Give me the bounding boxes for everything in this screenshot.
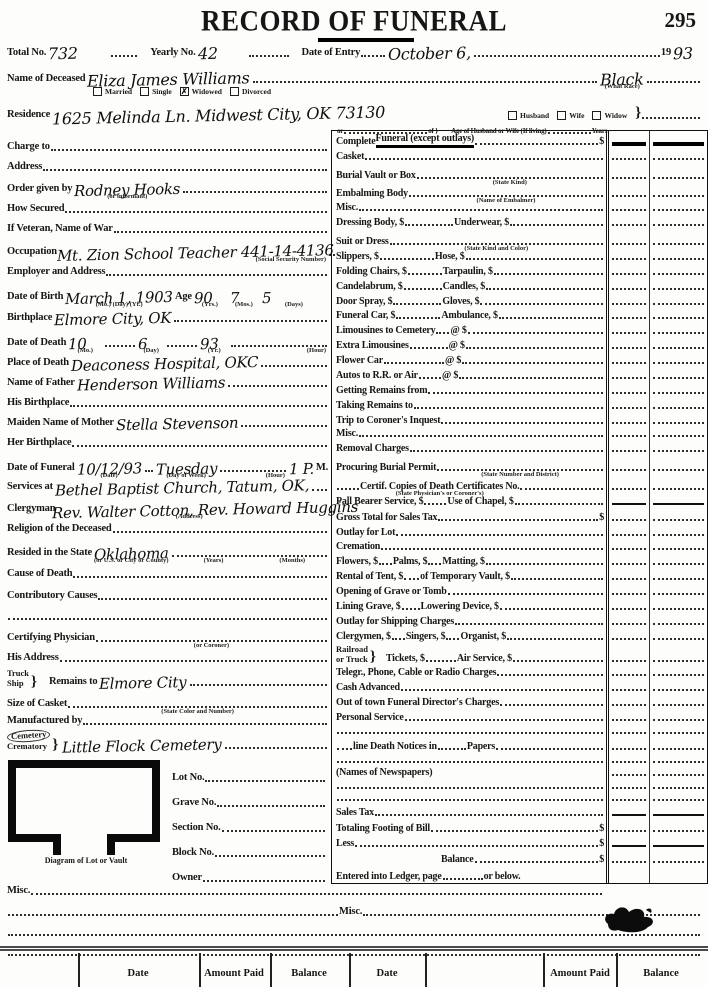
lbl-seg: $ — [599, 823, 604, 835]
dots-seg — [473, 47, 661, 60]
row-coroners-inquest: Trip to Coroner's Inquest — [332, 412, 707, 427]
dots-seg — [7, 906, 339, 919]
dots-seg — [189, 669, 328, 689]
scr-seg: 90(Yrs.) — [192, 292, 228, 304]
row-slippers: Slippers, $Hose, $ — [332, 248, 707, 263]
dots-seg — [547, 128, 592, 137]
dots-seg — [496, 667, 604, 679]
dotted-leader — [225, 747, 327, 749]
row-date-of-funeral: Date of Funeral10/12/93(Date)Tuesday(Day… — [5, 450, 330, 475]
scr-seg: 1625 Melinda Ln. Midwest City, OK 73130 — [50, 109, 508, 122]
handwritten-value: Henderson Williams — [77, 377, 225, 393]
lbl-seg: Removal Charges — [336, 443, 409, 455]
dotted-leader — [217, 805, 325, 807]
dots-seg — [113, 223, 328, 236]
lbl-seg: @ $ — [445, 355, 461, 367]
row-text: Name of DeceasedEliza James WilliamsBlac… — [5, 73, 703, 86]
amount-cell-1 — [606, 737, 649, 753]
row-address: Address — [5, 154, 330, 174]
dotted-leader — [111, 55, 137, 57]
handwritten-value: 42 — [197, 47, 217, 61]
lbl-seg: Lowering Device, $ — [421, 601, 499, 613]
dotted-leader — [486, 288, 603, 290]
amount-cell-1 — [606, 182, 649, 201]
row-text: How Secured — [5, 203, 330, 216]
scr-seg: Tuesday(Day of Week) — [154, 463, 219, 475]
amount-cell-2 — [649, 766, 707, 779]
scr-seg: Henderson Williams — [75, 378, 227, 390]
row-text: Out of town Funeral Director's Charges — [332, 697, 606, 709]
printed-label: Palms, $ — [393, 556, 428, 568]
ink-blot — [596, 900, 666, 940]
dotted-leader — [647, 81, 700, 83]
lbl-seg: Lot No. — [172, 772, 204, 785]
lbl-seg: Door Spray, $ — [336, 296, 392, 308]
row-text — [332, 761, 606, 766]
row-text — [5, 618, 330, 623]
row-text: His Birthplace — [5, 397, 330, 410]
dotted-leader — [494, 273, 603, 275]
lbl-seg: Date of Death — [7, 337, 66, 350]
stacked-line: Crematory — [7, 742, 50, 752]
row-text: Balance$ — [332, 854, 606, 866]
lbl-seg: Organist, $ — [460, 631, 506, 643]
amount-cell-2 — [649, 382, 707, 397]
lbl-seg: or below. — [484, 871, 521, 883]
dotted-leader — [401, 689, 603, 691]
dotted-leader — [455, 623, 603, 625]
ledger-column-header: Amount Paid — [204, 968, 264, 979]
lot-details: Lot No.Grave No.Section No.Block No.Owne… — [170, 760, 328, 885]
row-clergymen: Clergymen, $Singers, $Organist, $ — [332, 628, 707, 643]
row-text: Candelabrum, $Candles, $ — [332, 281, 606, 293]
dots-seg — [514, 496, 604, 508]
printed-label: Outlay for Lot — [336, 527, 395, 539]
printed-label: Owner — [172, 872, 202, 885]
lbl-seg: Sales Tax — [336, 807, 374, 819]
ledger-column-header: Date — [128, 968, 149, 979]
printed-label: Use of Chapel, $ — [447, 496, 513, 508]
row-text: Flowers, $Palms, $Matting, $ — [332, 556, 606, 568]
row-text: Embalming Body(Name of Embalmer) — [332, 188, 606, 200]
row-how-secured: How Secured — [5, 196, 330, 216]
dots-seg — [461, 355, 604, 367]
amount-cell-1 — [606, 382, 649, 397]
lbl-seg: Employer and Address — [7, 266, 105, 279]
amount-cell-1 — [606, 766, 649, 779]
row-door-spray: Door Spray, $Gloves, $ — [332, 293, 707, 308]
dotted-leader — [548, 132, 591, 134]
dots-seg — [409, 443, 604, 455]
dots-seg — [404, 217, 454, 229]
amount-cell-2 — [649, 322, 707, 337]
printed-label: Papers — [467, 741, 495, 753]
dots-seg: (State Kind) — [416, 170, 604, 182]
brace: } — [52, 739, 58, 753]
amount-cell-1 — [606, 352, 649, 367]
printed-label: Age — [175, 291, 192, 304]
row-text: Lot No. — [170, 772, 328, 785]
dots-seg — [97, 590, 328, 603]
row-newspapers: (Names of Newspapers) — [332, 766, 707, 779]
ledger-column-divider — [616, 953, 618, 987]
amount-cell-2 — [649, 709, 707, 724]
printed-label: Maiden Name of Mother — [7, 417, 114, 430]
printed-label: Matting, $ — [442, 556, 484, 568]
row-text: Personal Service — [332, 712, 606, 724]
row-railroad: Railroador Truck}Tickets, $Air Service, … — [332, 643, 707, 665]
printed-label: Telegr., Phone, Cable or Radio Charges — [336, 667, 496, 679]
dots-seg — [379, 251, 435, 263]
printed-label: Dressing Body, $ — [336, 217, 404, 229]
row-size-of-casket: Size of Casket(State Color and Number) — [5, 689, 330, 711]
checkbox-label: Single — [152, 87, 172, 96]
dots-seg — [336, 741, 353, 753]
printed-label: Misc. — [336, 428, 358, 440]
dots-seg — [437, 741, 467, 753]
dotted-leader — [337, 761, 603, 763]
checkbox-label: Husband — [520, 111, 549, 120]
printed-label: Gloves, $ — [442, 296, 479, 308]
row-text: Trip to Coroner's Inquest — [332, 415, 606, 427]
row-text: BirthplaceElmore City, OK — [5, 312, 330, 325]
lbl-seg: line Death Notices in — [353, 741, 437, 753]
dots-seg — [413, 400, 604, 412]
dotted-leader — [51, 149, 327, 151]
amount-cell-2 — [649, 779, 707, 792]
dotted-leader — [72, 445, 327, 447]
row-burial-permit: Procuring Burial Permit(State Number and… — [332, 455, 707, 474]
dots-seg — [69, 397, 328, 410]
row-text: Flower Car@ $ — [332, 355, 606, 367]
row-text: Misc. — [5, 885, 605, 898]
lbl-seg: Order given by — [7, 183, 72, 196]
amount-cell-2 — [649, 737, 707, 753]
dots-seg — [458, 370, 604, 382]
dots-seg — [64, 203, 328, 216]
chk-seg: Husband — [508, 111, 557, 120]
amount-cell-2 — [649, 367, 707, 382]
dots-seg — [401, 601, 421, 613]
stk-seg: TruckShip} — [7, 669, 39, 689]
handwritten-value: Stella Stevenson — [116, 417, 239, 432]
amount-cell-1 — [606, 835, 649, 850]
lbl-seg: Use of Chapel, $ — [447, 496, 513, 508]
row-text: Pall Bearer Service, $Use of Chapel, $ — [332, 496, 606, 508]
printed-label: Years — [592, 128, 608, 137]
lbl-seg: Complete — [336, 136, 376, 148]
printed-label: $ — [599, 823, 604, 835]
printed-label: $ — [599, 854, 604, 866]
diagram-caption: Diagram of Lot or Vault — [6, 856, 166, 865]
printed-label: Lining Grave, $ — [336, 601, 401, 613]
ledger-column-divider — [349, 953, 351, 987]
dots-seg — [173, 312, 328, 325]
printed-label: Door Spray, $ — [336, 296, 392, 308]
printed-label: Extra Limousines — [336, 340, 409, 352]
dots-seg — [423, 496, 447, 508]
row-text: Religion of the Deceased — [5, 523, 330, 536]
scr-seg: Mt. Zion School Teacher 441-14-4136(Soci… — [55, 247, 328, 259]
printed-label: Embalming Body — [336, 188, 408, 200]
amount-cell-1 — [606, 440, 649, 455]
dots-seg — [400, 682, 604, 694]
stk-seg: CemeteryCrematory} — [7, 730, 60, 752]
sub-label: (Years) — [204, 557, 224, 564]
handwritten-value: Deaconess Hospital, OKC — [71, 356, 258, 373]
row-text: Misc. — [332, 202, 606, 214]
row-extra-limousines: Extra Limousines@ $ — [332, 337, 707, 352]
dots-seg — [336, 787, 604, 792]
row-text: Opening of Grave or Tomb — [332, 586, 606, 598]
dotted-leader — [446, 638, 459, 640]
ledger-column-header: Date — [377, 968, 398, 979]
row-text: Taking Remains to — [332, 400, 606, 412]
row-contributory: Contributory Causes — [5, 581, 330, 603]
dotted-leader — [642, 117, 700, 119]
lbl-seg: Casket — [336, 151, 364, 163]
row-text: Less$ — [332, 838, 606, 850]
row-rental-tent: Rental of Tent, $of Temporary Vault, $ — [332, 568, 707, 583]
row-lot-no: Lot No. — [170, 760, 328, 785]
printed-label: Misc. — [339, 906, 362, 919]
scr-seg: Elmore City, OK — [52, 313, 173, 325]
amount-cell-2 — [649, 163, 707, 182]
dots-seg — [403, 281, 443, 293]
lbl-seg: How Secured — [7, 203, 64, 216]
lbl-seg: Hose, $ — [435, 251, 465, 263]
stk-seg: Railroador Truck} — [336, 645, 378, 665]
dotted-leader — [105, 345, 135, 347]
dots-seg — [112, 523, 328, 536]
printed-label: M. — [316, 462, 328, 475]
lbl-seg: Burial Vault or Box — [336, 170, 416, 182]
row-text: line Death Notices inPapers — [332, 741, 606, 753]
checkbox-label: Widow — [604, 111, 627, 120]
amount-cell-1 — [606, 694, 649, 709]
amount-cell-1 — [606, 427, 649, 441]
dots-seg — [437, 512, 599, 524]
row-text: Sales Tax — [332, 807, 606, 819]
sub-label: (Mo.) (Day) (Yr.) — [96, 301, 143, 308]
lbl-seg: $ — [599, 854, 604, 866]
scr-seg: 93 — [671, 47, 701, 60]
dotted-leader — [402, 608, 420, 610]
dotted-leader — [513, 660, 603, 662]
dots-seg: (State Number and District) — [436, 462, 604, 474]
scr-seg: 6(Day) — [136, 338, 166, 350]
amount-cell-2 — [649, 412, 707, 427]
dots-seg — [467, 325, 604, 337]
amount-cell-2 — [649, 835, 707, 850]
dots-seg — [442, 871, 484, 883]
printed-label: Grave No. — [172, 797, 216, 810]
dots-seg — [50, 141, 328, 154]
dotted-leader — [466, 258, 603, 260]
dotted-leader — [203, 880, 325, 882]
dots-seg — [465, 251, 604, 263]
lbl-seg: Name of Deceased — [7, 73, 85, 86]
amount-cell-2 — [649, 352, 707, 367]
row-text: Outlay for Shipping Charges — [332, 616, 606, 628]
row-text: TruckShip}Remains toElmore City — [5, 669, 330, 689]
lbl-seg: $ — [599, 136, 604, 148]
scr-seg: Oklahoma(or U.S. or City or County) — [92, 548, 171, 560]
row-text: Certif. Copies of Death Certificates No.… — [332, 481, 606, 493]
sub-label: (or Coroner) — [194, 642, 229, 649]
printed-label: Casket — [336, 151, 364, 163]
row-occupation: OccupationMt. Zion School Teacher 441-14… — [5, 236, 330, 259]
row-outlay-lot: Outlay for Lot — [332, 524, 707, 539]
lbl-seg: His Address — [7, 652, 59, 665]
lbl-seg: Certifying Physician — [7, 632, 95, 645]
lbl-seg: Date of Birth — [7, 291, 63, 304]
ledger-column-divider — [270, 953, 272, 987]
amount-cell-1 — [606, 308, 649, 323]
dotted-leader — [241, 425, 327, 427]
printed-label: Funeral Car, $ — [336, 310, 395, 322]
row-date-of-birth: Date of BirthMarch 1, 1903(Mo.) (Day) (Y… — [5, 279, 330, 304]
amount-cell-1 — [606, 493, 649, 508]
row-text — [332, 787, 606, 792]
lbl-seg: Funeral Car, $ — [336, 310, 395, 322]
row-text: Lining Grave, $Lowering Device, $ — [332, 601, 606, 613]
printed-label: Rental of Tent, $ — [336, 571, 403, 583]
dotted-leader — [459, 377, 603, 379]
amount-cell-1 — [606, 709, 649, 724]
amount-cell-2 — [649, 628, 707, 643]
row-casket: Casket — [332, 148, 707, 163]
dotted-leader — [215, 855, 325, 857]
dots-seg — [343, 128, 428, 137]
amount-cell-2 — [649, 200, 707, 214]
chk-seg: Married — [93, 87, 140, 96]
dotted-leader — [73, 576, 327, 578]
printed-label: Employer and Address — [7, 266, 105, 279]
row-text: Entered into Ledger, pageor below. — [332, 871, 606, 883]
ledger-column-header: Balance — [291, 968, 327, 979]
printed-label: Candles, $ — [443, 281, 485, 293]
lbl-seg: Owner — [172, 872, 202, 885]
amount-cell-1 — [606, 397, 649, 412]
row-text: Folding Chairs, $Tarpaulin, $ — [332, 266, 606, 278]
printed-label: or below. — [484, 871, 521, 883]
dots-seg — [510, 571, 604, 583]
row-blank-line — [5, 603, 330, 623]
dotted-leader — [475, 861, 599, 863]
checkbox-widowed: ✗ — [180, 87, 189, 96]
row-pall-bearer: Pall Bearer Service, $Use of Chapel, $ — [332, 493, 707, 508]
dotted-leader — [70, 405, 327, 407]
dots-seg — [430, 823, 599, 835]
dotted-leader — [337, 799, 603, 801]
printed-label: Sales Tax — [336, 807, 374, 819]
dotted-leader — [98, 598, 327, 600]
left-column: Charge toAddressOrder given byRodney Hoo… — [5, 134, 330, 752]
lbl-seg: Singers, $ — [406, 631, 446, 643]
printed-label: Yearly No. — [150, 47, 195, 60]
printed-label: Clergymen, $ — [336, 631, 391, 643]
amount-cell-2 — [649, 792, 707, 805]
dots-seg — [358, 428, 604, 440]
dotted-leader — [424, 503, 446, 505]
dotted-leader — [475, 143, 598, 145]
lbl-seg: Personal Service — [336, 712, 404, 724]
amount-cell-2 — [649, 665, 707, 680]
dotted-leader — [65, 211, 327, 213]
printed-label: Hose, $ — [435, 251, 465, 263]
row-certifying-physician: Certifying Physician(or Coroner) — [5, 623, 330, 645]
lbl-seg: Misc. — [336, 428, 358, 440]
scr-seg: 732 — [46, 47, 110, 60]
row-text: Maiden Name of MotherStella Stevenson — [5, 417, 330, 430]
payment-ledger-header: DateAmount PaidBalanceDateAmount PaidBal… — [0, 946, 708, 987]
dots-seg — [144, 462, 154, 475]
printed-label: Certifying Physician — [7, 632, 95, 645]
amount-cell-1 — [606, 583, 649, 598]
printed-label: Less — [336, 838, 354, 850]
printed-label: Taking Remains to — [336, 400, 413, 412]
dotted-leader — [249, 55, 289, 57]
printed-label: Lot No. — [172, 772, 204, 785]
ledger-rule-top — [0, 946, 708, 948]
amount-cell-2 — [649, 583, 707, 598]
lbl-seg: Palms, $ — [393, 556, 428, 568]
row-text: Removal Charges — [332, 443, 606, 455]
amount-cell-2 — [649, 308, 707, 323]
dotted-leader — [520, 488, 603, 490]
amount-cell-2 — [649, 397, 707, 412]
lbl-seg: Block No. — [172, 847, 214, 860]
row-text — [332, 799, 606, 804]
dots-seg — [182, 183, 328, 196]
lbl-seg: Limousines to Cemetery — [336, 325, 435, 337]
dots-seg — [493, 266, 604, 278]
lbl-seg: Ambulance, $ — [441, 310, 498, 322]
dotted-leader — [499, 317, 603, 319]
lbl-seg: Tarpaulin, $ — [443, 266, 493, 278]
printed-label: Underwear, $ — [454, 217, 509, 229]
dots-seg — [82, 715, 328, 728]
dots-seg — [260, 357, 328, 370]
lbl-seg: Clergyman — [7, 503, 50, 516]
row-text: Order given byRodney Hooks(or informant) — [5, 183, 330, 196]
amount-cell-2 — [649, 337, 707, 352]
amount-cell-1 — [606, 866, 649, 883]
printed-label: Block No. — [172, 847, 214, 860]
row-text: Getting Remains from — [332, 385, 606, 397]
lbl-seg: of } — [428, 128, 438, 137]
lbl-seg: Folding Chairs, $ — [336, 266, 407, 278]
dots-seg — [104, 337, 136, 350]
dotted-leader — [31, 893, 602, 895]
printed-label: @ $ — [445, 355, 461, 367]
row-section-no: Section No. — [170, 810, 328, 835]
row-text: Totaling Footing of Bill$ — [332, 823, 606, 835]
printed-label: $ — [599, 512, 604, 524]
amount-cell-1 — [606, 367, 649, 382]
row-grave-no: Grave No. — [170, 785, 328, 810]
printed-label: Slippers, $ — [336, 251, 379, 263]
lbl-seg: Yearly No. — [150, 47, 195, 60]
ledger-column-divider — [199, 953, 201, 987]
scr-seg: 7(Mos.) — [228, 292, 260, 304]
chk-seg: Widow — [592, 111, 635, 120]
printed-label: Residence — [7, 109, 50, 122]
row-text: Size of Casket(State Color and Number) — [5, 698, 330, 711]
dots-seg — [404, 712, 604, 724]
lbl-seg: $ — [599, 838, 604, 850]
